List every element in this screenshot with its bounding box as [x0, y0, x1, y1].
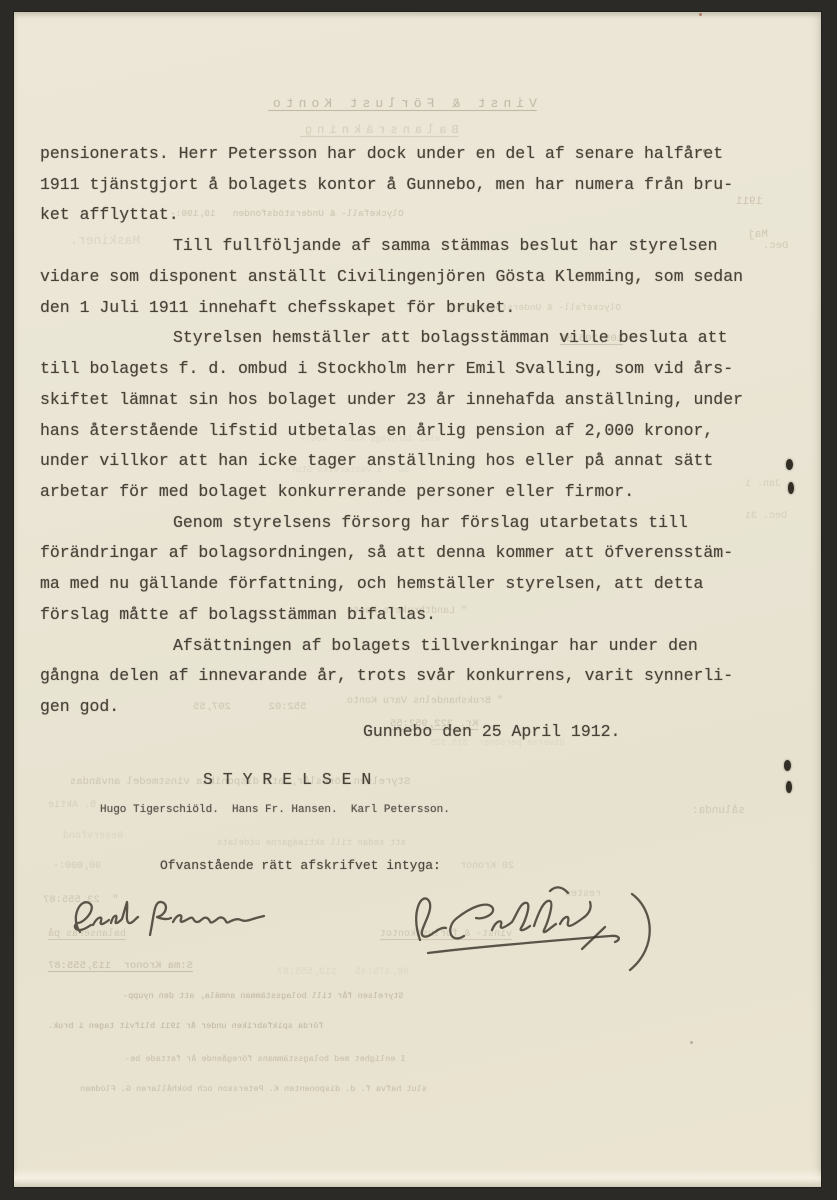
body-line: Styrelsen hemställer att bolagsstämman v… — [173, 328, 728, 348]
body-line: hans återstående lifstid utbetalas en år… — [40, 421, 713, 441]
bleedthrough-line: Maskiner. — [70, 234, 140, 248]
bleedthrough-line: förda spikfabriken under år 1911 blifvit… — [48, 1022, 323, 1031]
bleedthrough-line: 96,375:45 113,555:87 — [277, 967, 409, 978]
bleedthrough-line: S:ma Kronor 113,555:87 — [48, 961, 193, 973]
body-line: till bolagets f. d. ombud i Stockholm he… — [40, 359, 733, 379]
body-line: gångna delen af innevarande år, trots sv… — [40, 666, 733, 686]
bleedthrough-line: 20 Kronor — [460, 861, 514, 872]
body-line: den 1 Juli 1911 innehaft chefsskapet för… — [40, 298, 515, 318]
body-line: under villkor att han icke tager anställ… — [40, 451, 713, 471]
bleedthrough-line: Dec. 31 — [745, 511, 787, 522]
body-line: Till fullföljande af samma stämmas beslu… — [173, 236, 718, 256]
bleedthrough-line: 90,000:- — [53, 861, 101, 872]
bleedthrough-line: att sedan till aktieägarne utdelats — [217, 839, 406, 849]
staple-mark — [788, 482, 794, 494]
staple-mark — [786, 459, 793, 470]
board-heading: S T Y R E L S E N — [203, 770, 371, 790]
scanned-document-photo: Vinst & Förlust Konto Balansräkning 1911… — [0, 0, 837, 1200]
attestation-line: Ofvanstående rätt afskrifvet intyga: — [160, 858, 441, 874]
signature-erik-petersson — [66, 888, 271, 950]
bleedthrough-line: Jan. 1 — [745, 479, 781, 490]
paper-bottom-edge — [14, 1168, 821, 1187]
staple-mark — [784, 760, 791, 771]
bleedthrough-line: Balansräkning — [300, 124, 459, 137]
bleedthrough-line: 1911 — [736, 196, 762, 208]
body-line: vidare som disponent anställt Civilingen… — [40, 267, 743, 287]
paper-speck — [703, 149, 706, 153]
body-line: arbetar för med bolaget konkurrerande pe… — [40, 482, 634, 502]
body-line: skiftet lämnat sin hos bolaget under 23 … — [40, 390, 743, 410]
bleedthrough-line: Dec. — [763, 241, 788, 253]
body-line: 1911 tjänstgjort å bolagets kontor å Gun… — [40, 175, 733, 195]
bleedthrough-line: Styrelsen får till bolagsstämman anmäla,… — [123, 992, 404, 1001]
body-line: ket afflyttat. — [40, 205, 179, 225]
body-line: förändringar af bolagsordningen, så att … — [40, 543, 733, 563]
board-members-line: Hugo Tigerschiöld. Hans Fr. Hansen. Karl… — [100, 804, 450, 817]
staple-mark — [786, 781, 792, 793]
bleedthrough-line: 552:02 207,55 — [193, 702, 306, 714]
bleedthrough-line: I enlighet med bolagsstämmans föregående… — [125, 1055, 406, 1064]
bleedthrough-line: sålunda: — [692, 805, 745, 817]
body-line: gen god. — [40, 697, 119, 717]
bleedthrough-line: B. Aktie — [48, 800, 96, 811]
body-line: förslag måtte af bolagsstämman bifallas. — [40, 605, 436, 625]
bleedthrough-line: Olyckefall- & Understödsfonden 10,190:- — [170, 209, 404, 219]
bleedthrough-line: Reservfond — [63, 831, 123, 842]
bleedthrough-line: Vinst & Förlust Konto — [268, 97, 537, 111]
body-line: ma med nu gällande författning, och hems… — [40, 574, 703, 594]
bleedthrough-line: " Brukshandelns Varu Konto — [347, 696, 503, 707]
body-line: Afsättningen af bolagets tillverkningar … — [173, 636, 698, 656]
body-line: pensionerats. Herr Petersson har dock un… — [40, 144, 723, 164]
date-line: Gunnebo den 25 April 1912. — [363, 722, 620, 742]
body-line: Genom styrelsens försorg har förslag uta… — [173, 513, 688, 533]
signature-h-schjold — [392, 878, 672, 973]
paper-speck — [699, 13, 702, 16]
paper-speck — [690, 1041, 693, 1044]
bleedthrough-line: slut hafva f. d. disponenten K. Petersso… — [80, 1085, 427, 1094]
